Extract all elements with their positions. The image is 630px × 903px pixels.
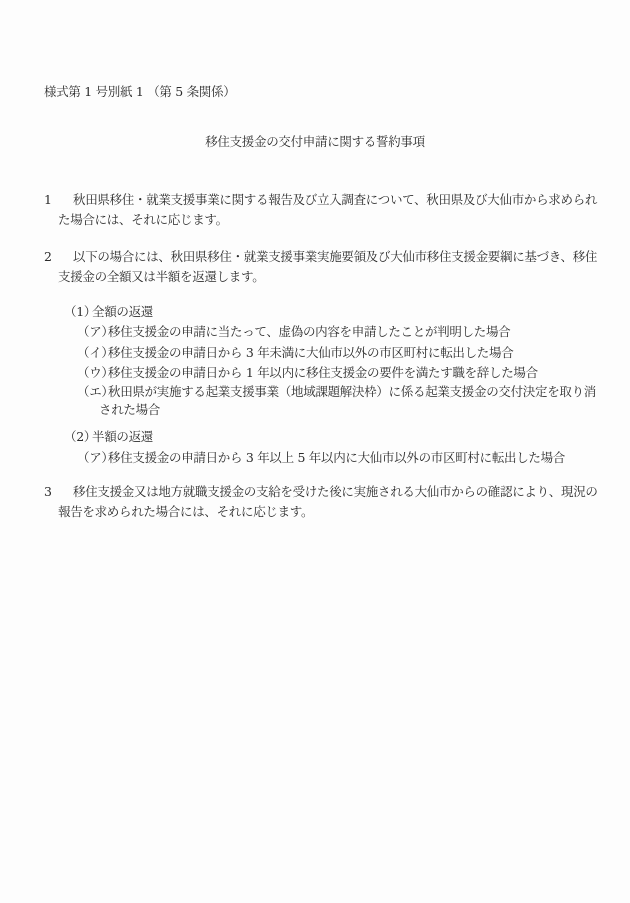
section-1-item-i-label: （イ） [77,343,108,363]
section-1-heading: （1）全額の返還 [64,302,153,322]
section-1-item-a-text: 移住支援金の申請に当たって、虚偽の内容を申請したことが判明した場合 [108,324,510,339]
section-2-item-a-label: （ア） [77,448,108,468]
section-2-item-a: （ア）移住支援金の申請日から 3 年以上 5 年以内に大仙市以外の市区町村に転出… [77,448,565,468]
section-1-item-e-line-2: された場合 [99,400,160,420]
clause-2-text-line-1: 以下の場合には、秋田県移住・就業支援事業実施要領及び大仙市移住支援金要綱に基づき… [73,249,597,264]
clause-3-line-1: 3移住支援金又は地方就職支援金の支給を受けた後に実施される大仙市からの確認により… [44,482,598,502]
section-1-heading-text: 全額の返還 [92,304,153,319]
section-1-item-u-label: （ウ） [77,363,108,383]
section-1-item-i: （イ）移住支援金の申請日から 3 年未満に大仙市以外の市区町村に転出した場合 [77,343,513,363]
form-label: 様式第 1 号別紙 1 （第 5 条関係） [44,82,235,102]
section-1-item-a-label: （ア） [77,322,108,342]
section-2-heading: （2）半額の返還 [64,427,153,447]
section-1-label: （1） [64,302,92,322]
clause-3-text-line-1: 移住支援金又は地方就職支援金の支給を受けた後に実施される大仙市からの確認により、… [73,484,598,499]
document-page: 様式第 1 号別紙 1 （第 5 条関係） 移住支援金の交付申請に関する誓約事項… [0,0,630,903]
clause-1-line-2: た場合には、それに応じます。 [58,210,228,230]
section-1-item-e-text-line-1: 秋田県が実施する起業支援事業（地域課題解決枠）に係る起業支援金の交付決定を取り消 [108,384,596,399]
clause-2-line-2: 支援金の全額又は半額を返還します。 [58,267,264,287]
clause-1-line-1: 1秋田県移住・就業支援事業に関する報告及び立入調査について、秋田県及び大仙市から… [44,190,597,210]
section-2-heading-text: 半額の返還 [92,429,153,444]
section-1-item-a: （ア）移住支援金の申請に当たって、虚偽の内容を申請したことが判明した場合 [77,322,510,342]
section-2-label: （2） [64,427,92,447]
section-1-item-e-label: （エ） [77,382,108,402]
section-1-item-e-line-1: （エ）秋田県が実施する起業支援事業（地域課題解決枠）に係る起業支援金の交付決定を… [77,382,596,402]
section-2-item-a-text: 移住支援金の申請日から 3 年以上 5 年以内に大仙市以外の市区町村に転出した場… [108,450,565,465]
section-1-item-u-text: 移住支援金の申請日から 1 年以内に移住支援金の要件を満たす職を辞した場合 [108,365,538,380]
clause-2-line-1: 2以下の場合には、秋田県移住・就業支援事業実施要領及び大仙市移住支援金要綱に基づ… [44,247,597,267]
clause-1-text-line-1: 秋田県移住・就業支援事業に関する報告及び立入調査について、秋田県及び大仙市から求… [73,192,597,207]
clause-1-number: 1 [44,190,73,210]
clause-2-number: 2 [44,247,73,267]
document-title: 移住支援金の交付申請に関する誓約事項 [0,132,630,152]
clause-3-line-2: 報告を求められた場合には、それに応じます。 [58,502,313,522]
section-1-item-i-text: 移住支援金の申請日から 3 年未満に大仙市以外の市区町村に転出した場合 [108,345,513,360]
section-1-item-u: （ウ）移住支援金の申請日から 1 年以内に移住支援金の要件を満たす職を辞した場合 [77,363,538,383]
clause-3-number: 3 [44,482,73,502]
